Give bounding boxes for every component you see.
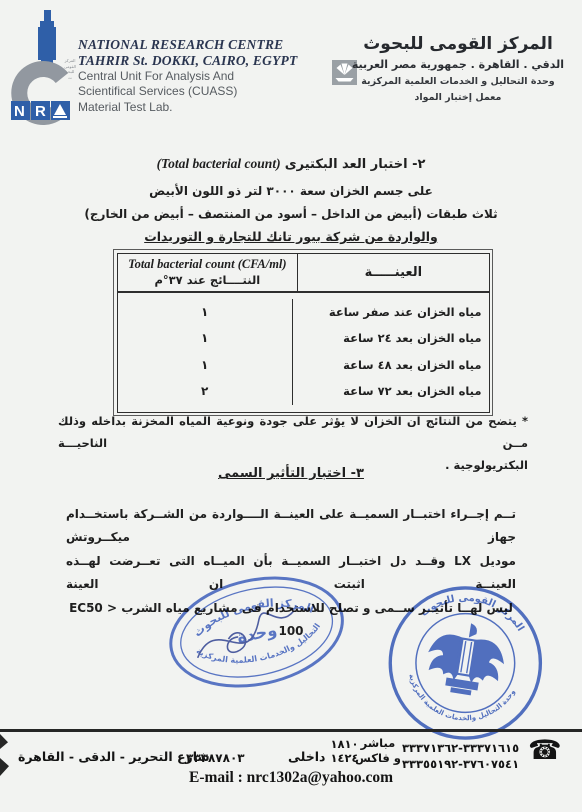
table-row: مياه الخزان عند صفر ساعة ١ bbox=[118, 299, 489, 326]
footer-internal-ext: داخلى ١٨١٠ ١٤٢٤ bbox=[288, 737, 359, 766]
sample-value: ١ bbox=[118, 325, 292, 352]
section2-title-ar: ٢- اختبار العد البكتيرى bbox=[285, 157, 426, 172]
logo-letter-n: N bbox=[14, 103, 25, 120]
internal-ext-1: ١٨١٠ bbox=[330, 737, 358, 751]
fax-label: و فاكس bbox=[355, 751, 401, 766]
table-row: مياه الخزان بعد ٧٢ ساعة ٢ bbox=[118, 378, 489, 405]
internal-ext-2: ١٤٢٤ bbox=[330, 751, 358, 765]
table-row: مياه الخزان بعد ٤٨ ساعة ١ bbox=[118, 352, 489, 379]
section3-title: ٣- اختبار التأثير السمى bbox=[0, 466, 582, 481]
supplier-line: والواردة من شركة بيور تانك للتجارة و الت… bbox=[0, 229, 582, 244]
sample-label: مياه الخزان بعد ٤٨ ساعة bbox=[292, 352, 489, 379]
unit-line2-en: Scientifical Services (CUASS) bbox=[78, 84, 297, 99]
sample-label: مياه الخزان عند صفر ساعة bbox=[292, 299, 489, 326]
logo-caption: المركز القومى للبحوث bbox=[64, 58, 76, 80]
org-address-ar: الدقي . القاهرة . جمهورية مصر العربية bbox=[352, 58, 564, 71]
column-header-sample: العينـــــة bbox=[297, 254, 488, 291]
column-header-result-ar: النتــــائج عند ٣٧°م bbox=[120, 273, 296, 287]
footer-rule bbox=[0, 729, 582, 732]
section2-title-en: (Total bacterial count) bbox=[157, 156, 281, 171]
results-table: العينـــــة Total bacterial count (CFA/m… bbox=[113, 249, 493, 416]
phones-line1: ٣٣٣٧١٦١٥-٣٣٣٧١٣٦٢ bbox=[402, 741, 519, 757]
footer-address: شارع التحرير - الدقى - القاهرة bbox=[18, 749, 210, 764]
scan-artifact bbox=[0, 734, 8, 749]
sample-value: ١ bbox=[118, 352, 292, 379]
org-name-ar: المركز القومى للبحوث bbox=[352, 34, 564, 54]
footer-direct-fax-labels: مباشر و فاكس bbox=[355, 736, 401, 766]
lab-name-en: Material Test Lab. bbox=[78, 100, 297, 115]
column-header-result: Total bacterial count (CFA/ml) النتــــا… bbox=[118, 254, 298, 291]
tank-description-line1: على جسم الخزان سعة ٣٠٠٠ لتر ذو اللون الأ… bbox=[0, 184, 582, 198]
sample-label: مياه الخزان بعد ٧٢ ساعة bbox=[292, 378, 489, 405]
sample-value: ٢ bbox=[118, 378, 292, 405]
unit-line1-en: Central Unit For Analysis And bbox=[78, 69, 297, 84]
table-header-row: العينـــــة Total bacterial count (CFA/m… bbox=[118, 254, 489, 293]
lab-name-ar: معمل إختبار المواد bbox=[352, 92, 564, 103]
telephone-icon: ☎ bbox=[528, 735, 562, 766]
direct-label: مباشر bbox=[355, 736, 401, 751]
column-header-result-en: Total bacterial count (CFA/ml) bbox=[120, 257, 296, 272]
footer-email: E-mail : nrc1302a@yahoo.com bbox=[0, 769, 582, 787]
header-arabic: المركز القومى للبحوث الدقي . القاهرة . ج… bbox=[352, 34, 564, 103]
scanned-report-page: N R المركز القومى للبحوث NATIONAL RESEAR… bbox=[0, 0, 582, 812]
section2-title: ٢- اختبار العد البكتيرى (Total bacterial… bbox=[0, 156, 582, 172]
table-row: مياه الخزان بعد ٢٤ ساعة ١ bbox=[118, 325, 489, 352]
logo-letter-r: R bbox=[35, 103, 46, 120]
header-english: NATIONAL RESEARCH CENTRE TAHRIR St. DOKK… bbox=[78, 37, 297, 115]
org-name-en: NATIONAL RESEARCH CENTRE bbox=[78, 37, 297, 53]
footer-phone-numbers: ٣٣٣٧١٦١٥-٣٣٣٧١٣٦٢ ٣٧٦٠٧٥٤١-٣٣٣٥٥١٩٢ bbox=[402, 741, 519, 772]
paragraph-line1: تــم إجــراء اختبــار السميــة على العين… bbox=[66, 503, 516, 550]
sample-value: ١ bbox=[118, 299, 292, 326]
note-line1: * يتضح من النتائج ان الخزان لا يؤثر على … bbox=[58, 411, 528, 455]
internal-label: داخلى bbox=[288, 749, 325, 764]
tank-description-line2: ثلاث طبقات (أبيض من الداخل – أسود من الم… bbox=[0, 207, 582, 221]
unit-name-ar: وحدة التحاليل و الخدمات العلمية المركزية bbox=[352, 76, 564, 87]
org-address-en: TAHRIR St. DOKKI, CAIRO, EGYPT bbox=[78, 53, 297, 69]
eagle-emblem-icon bbox=[423, 618, 508, 699]
sample-label: مياه الخزان بعد ٢٤ ساعة bbox=[292, 325, 489, 352]
